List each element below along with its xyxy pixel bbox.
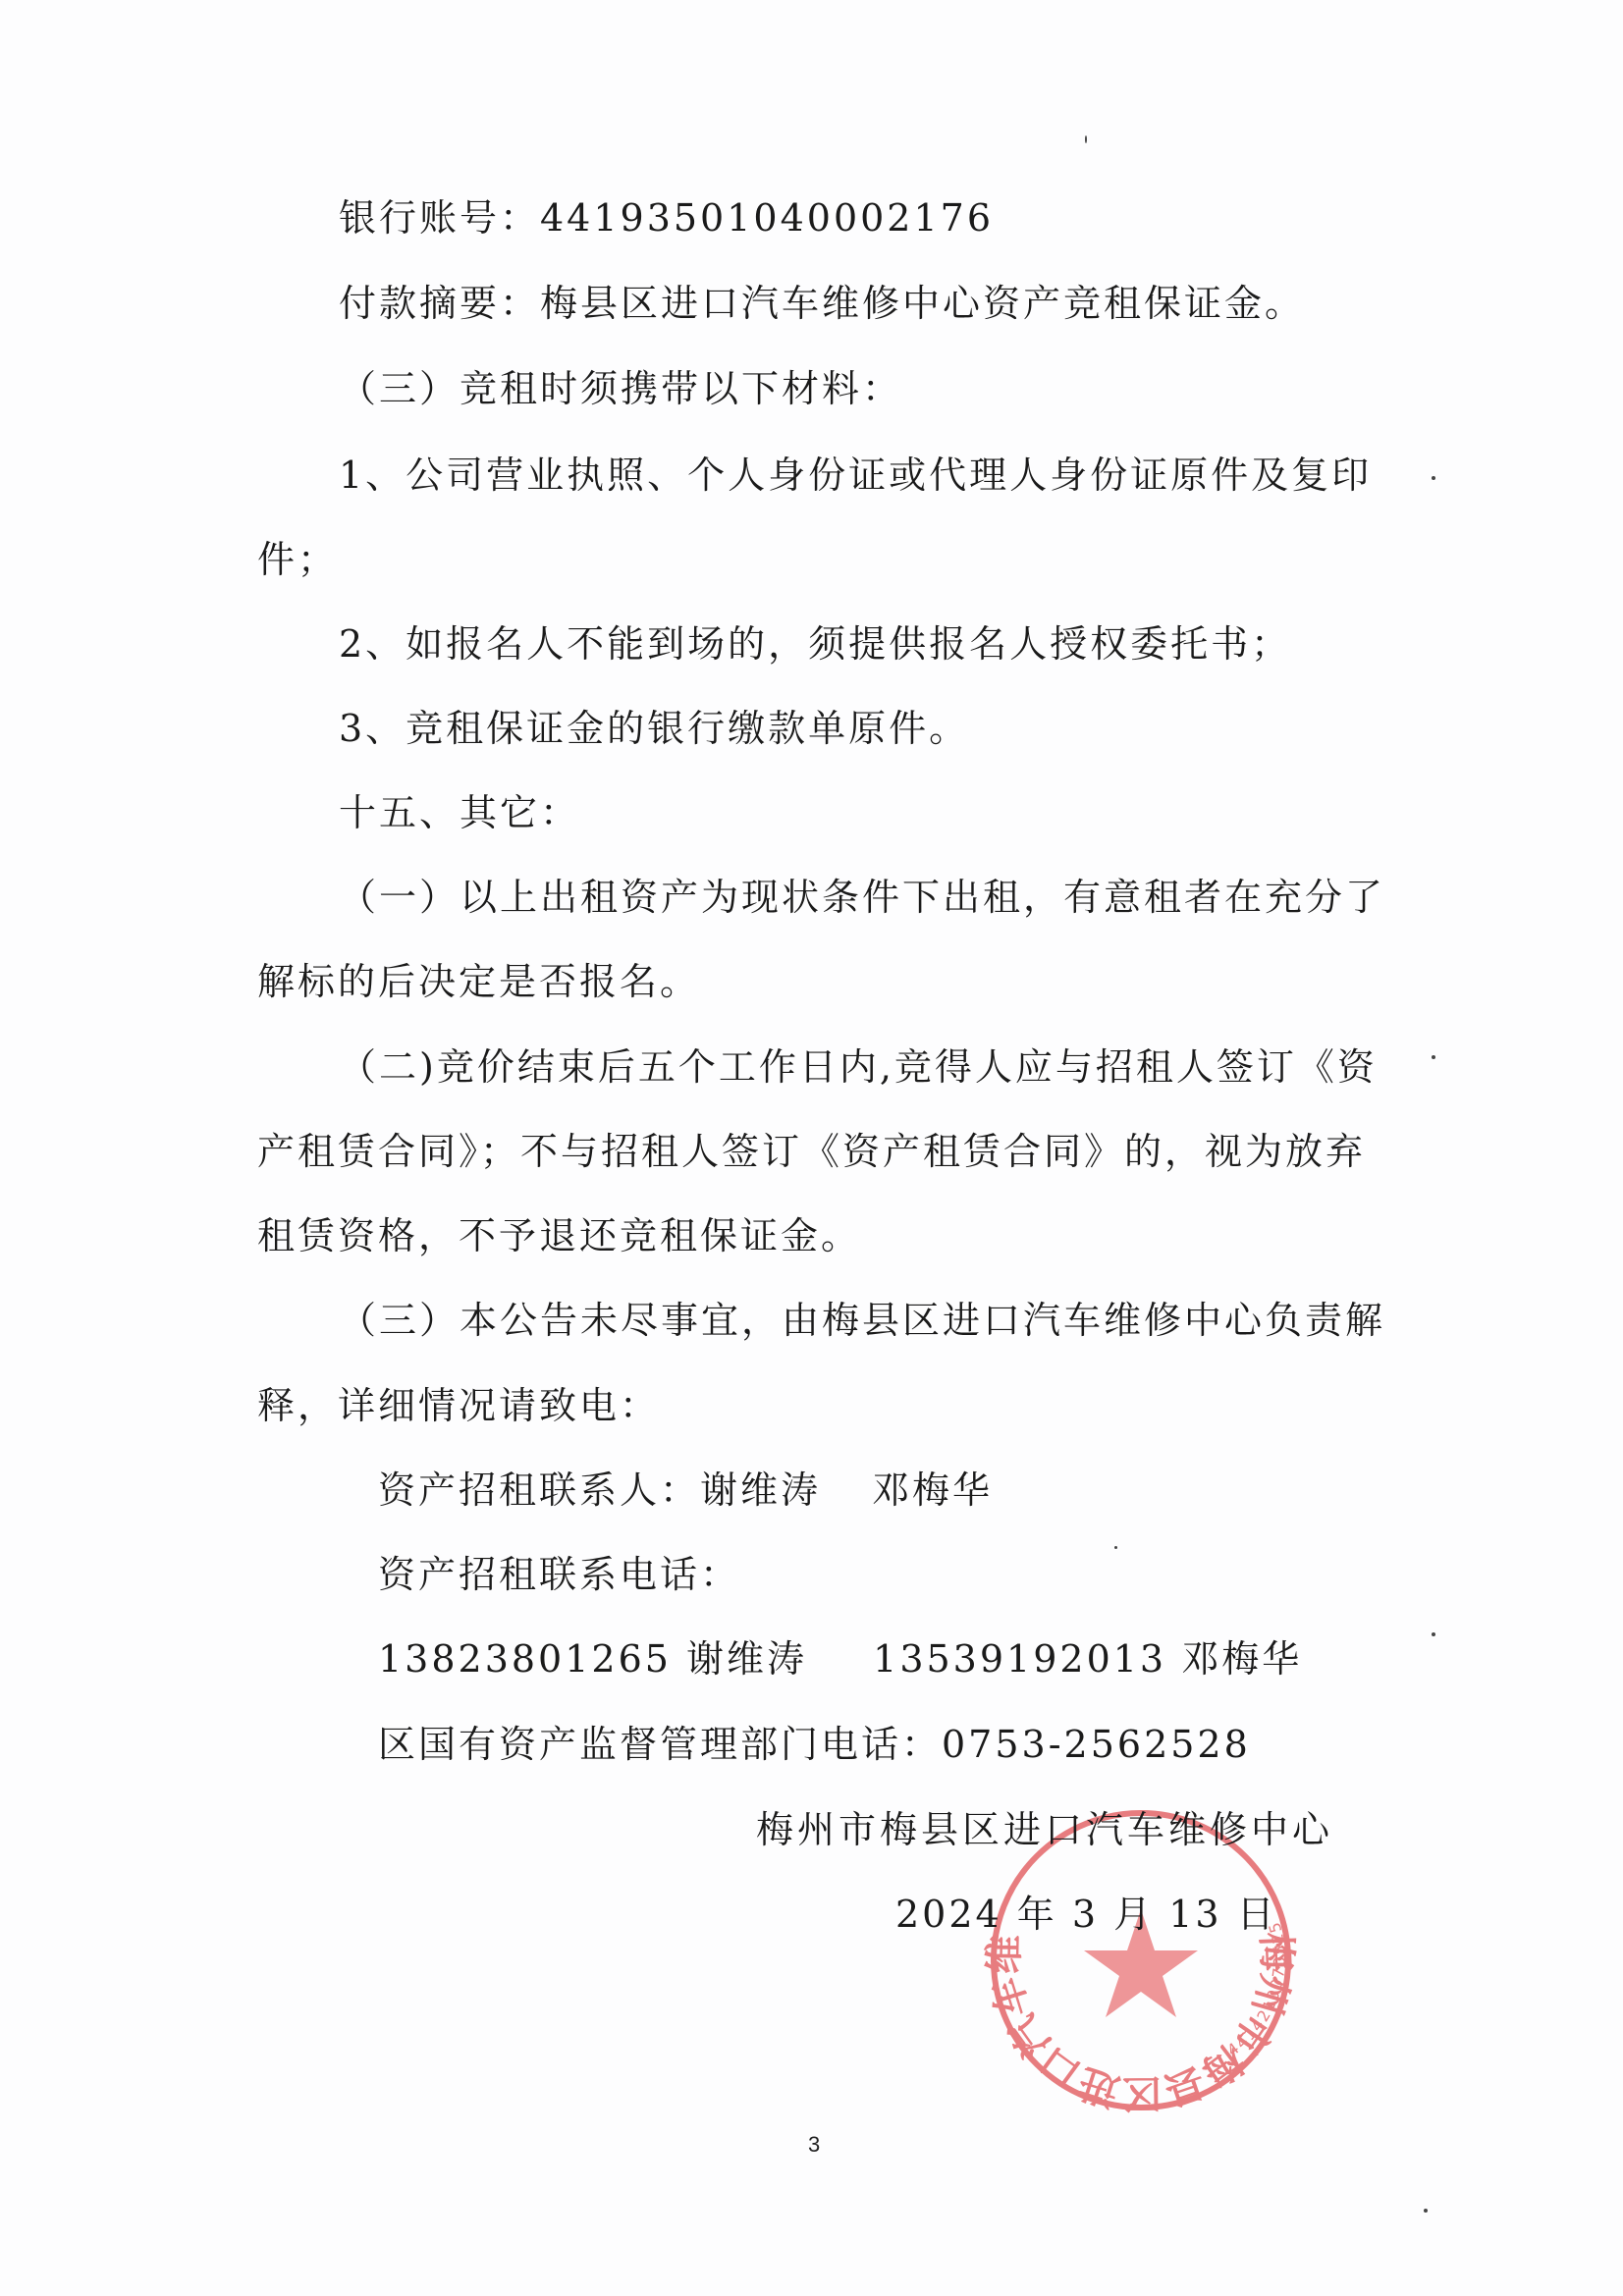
contact-persons-label: 资产招租联系人： <box>378 1468 700 1512</box>
scan-speck <box>1424 2209 1428 2213</box>
other-item-2: （二)竞价结束后五个工作日内,竞得人应与招租人签订《资 <box>339 1045 1378 1089</box>
contact-phones-label: 资产招租联系电话： <box>378 1553 740 1596</box>
phone-2-name: 邓梅华 <box>1181 1637 1302 1681</box>
issuer-organization: 梅州市梅县区进口汽车维修中心 <box>756 1808 1333 1851</box>
other-item-1: （一）以上出租资产为现状条件下出租，有意租者在充分了 <box>339 876 1385 919</box>
seal-code: 4414210070525 <box>1223 1918 1289 2059</box>
materials-heading: （三）竞租时须携带以下材料： <box>339 367 902 410</box>
other-item-3-cont: 释，详细情况请致电： <box>257 1384 660 1427</box>
payment-note-line: 付款摘要：梅县区进口汽车维修中心资产竞租保证金。 <box>339 282 1305 325</box>
scan-speck <box>1432 1055 1435 1059</box>
scan-speck <box>1114 1546 1117 1549</box>
contact-person-1: 谢维涛 <box>700 1468 821 1512</box>
section-15-heading: 十五、其它： <box>339 791 580 834</box>
page-number: 3 <box>808 2132 820 2158</box>
phone-1: 13823801265 <box>378 1637 672 1681</box>
material-item-1-cont: 件； <box>257 538 338 581</box>
seal-arc-text: 梅州市梅县区进口汽车维修中心 <box>982 1931 1301 2120</box>
other-item-2-cont: 产租赁合同》；不与招租人签订《资产租赁合同》的，视为放弃 <box>257 1130 1366 1173</box>
contact-person-2: 邓梅华 <box>872 1468 993 1512</box>
scan-speck <box>1432 476 1435 480</box>
material-item-3: 3、竞租保证金的银行缴款单原件。 <box>339 707 969 750</box>
material-item-1: 1、公司营业执照、个人身份证或代理人身份证原件及复印 <box>339 454 1372 497</box>
phone-1-name: 谢维涛 <box>686 1637 807 1681</box>
other-item-1-cont: 解标的后决定是否报名。 <box>257 960 700 1003</box>
phone-2: 13539192013 <box>873 1637 1166 1681</box>
material-item-2: 2、如报名人不能到场的，须提供报名人授权委托书； <box>339 622 1291 666</box>
issue-date: 2024 年 3 月 13 日 <box>895 1893 1277 1936</box>
scan-speck <box>1432 1632 1435 1636</box>
contact-phones-line: 13823801265 谢维涛 13539192013 邓梅华 <box>378 1637 1302 1681</box>
bank-account-line: 银行账号：44193501040002176 <box>339 196 994 240</box>
other-item-3: （三）本公告未尽事宜，由梅县区进口汽车维修中心负责解 <box>339 1299 1385 1342</box>
document-page: 银行账号：44193501040002176 付款摘要：梅县区进口汽车维修中心资… <box>0 0 1623 2296</box>
svg-text:梅州市梅县区进口汽车维修中心: 梅州市梅县区进口汽车维修中心 <box>982 1931 1301 2120</box>
scan-speck <box>1085 135 1087 143</box>
supervisor-phone-line: 区国有资产监督管理部门电话：0753-2562528 <box>378 1723 1251 1766</box>
other-item-2-cont2: 租赁资格，不予退还竞租保证金。 <box>257 1214 861 1257</box>
svg-text:4414210070525: 4414210070525 <box>1223 1918 1289 2059</box>
contact-persons-line: 资产招租联系人：谢维涛邓梅华 <box>378 1468 993 1512</box>
